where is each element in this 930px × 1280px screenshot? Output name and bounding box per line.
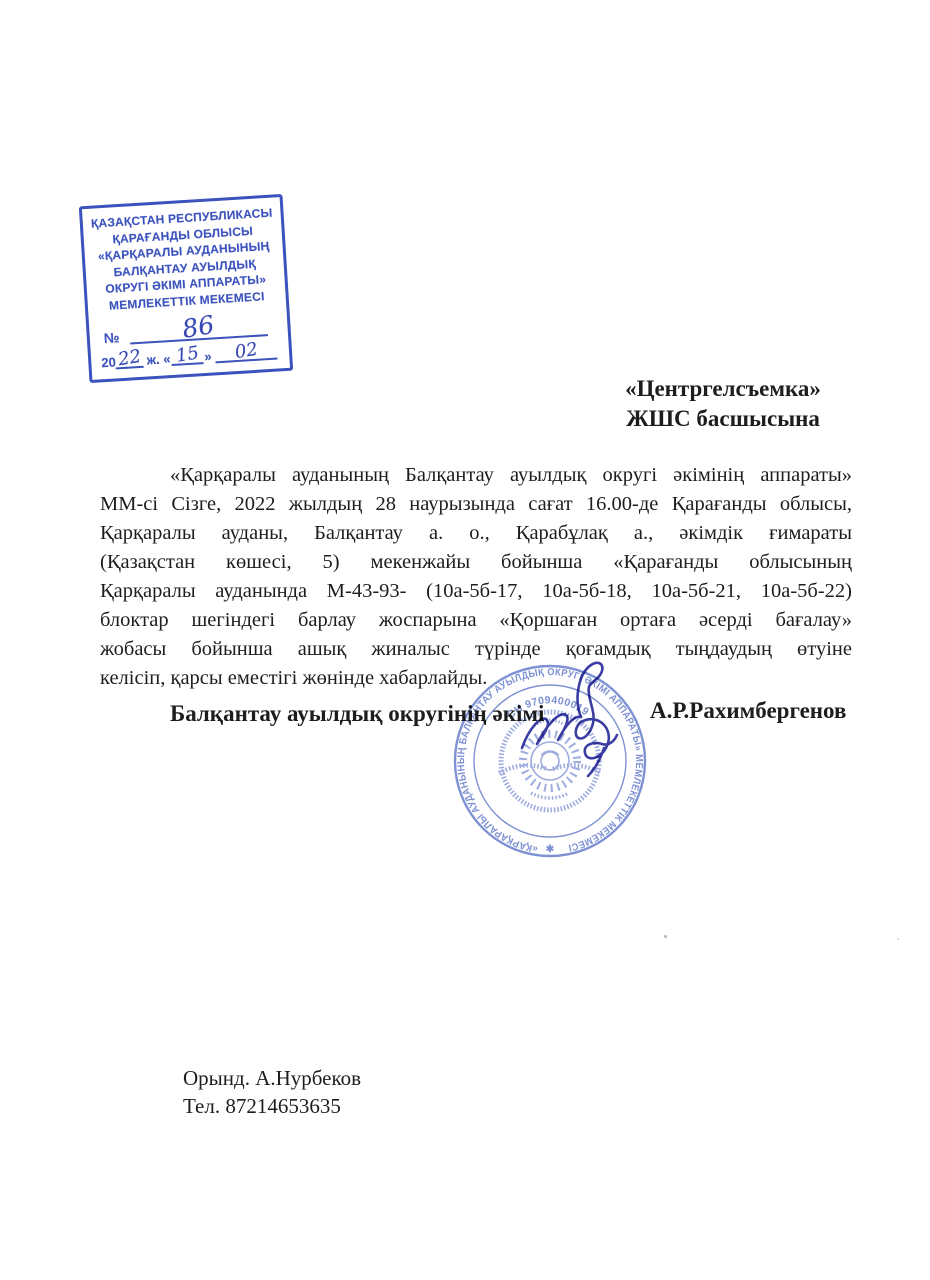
stamp-date-day-fill: 15: [171, 346, 204, 366]
stamp-date-month-fill: 02: [215, 342, 278, 364]
stamp-date-close: »: [204, 349, 212, 364]
body-line: Қарқаралы ауданы, Балқантау а. о., Қараб…: [100, 519, 852, 548]
stamp-number-handwritten: 86: [180, 314, 215, 341]
seal-star: ✱: [546, 844, 555, 855]
scan-speck: [664, 935, 667, 938]
signature-strokes: [522, 663, 617, 776]
stamp-date-prefix: 20: [101, 354, 116, 370]
registration-stamp: ҚАЗАҚСТАН РЕСПУБЛИКАСЫ ҚАРАҒАНДЫ ОБЛЫСЫ …: [79, 194, 293, 383]
stamp-date-year-handwritten: 22: [117, 349, 142, 368]
scanned-letter-page: ҚАЗАҚСТАН РЕСПУБЛИКАСЫ ҚАРАҒАНДЫ ОБЛЫСЫ …: [0, 0, 930, 1280]
letter-body: «Қарқаралы ауданының Балқантау ауылдық о…: [100, 461, 852, 693]
body-line: «Қарқаралы ауданының Балқантау ауылдық о…: [100, 461, 852, 490]
stamp-date-day-handwritten: 15: [175, 345, 200, 364]
body-line: жобасы бойынша ашық жиналыс түрінде қоға…: [100, 635, 852, 664]
recipient-company: «Центргелсъемка»: [608, 374, 838, 404]
footer-contacts: Орынд. А.Нурбеков Тел. 87214653635: [183, 1064, 361, 1120]
stamp-date-year-fill: 22: [115, 350, 144, 370]
recipient-addressee: ЖШС басшысына: [608, 404, 838, 434]
body-line: (Қазақстан көшесі, 5) мекенжайы бойынша …: [100, 548, 852, 577]
body-line: блоктар шегіндегі барлау жоспарына «Қорш…: [100, 606, 852, 635]
handwritten-signature: [516, 656, 656, 786]
signer-name: А.Р.Рахимбергенов: [650, 698, 846, 724]
stamp-date-mid: ж. «: [146, 351, 171, 367]
executor-line: Орынд. А.Нурбеков: [183, 1064, 361, 1092]
stamp-date-row: 2022 ж. «15» 02: [97, 341, 284, 370]
stamp-date-month-handwritten: 02: [234, 342, 259, 361]
stamp-number-label: №: [103, 329, 120, 346]
scan-speck: [897, 938, 899, 940]
body-line: Қарқаралы ауданында М-43-93- (10а-5б-17,…: [100, 577, 852, 606]
phone-line: Тел. 87214653635: [183, 1092, 361, 1120]
recipient-block: «Центргелсъемка» ЖШС басшысына: [608, 374, 838, 434]
body-line: ММ-сі Сізге, 2022 жылдың 28 наурызында с…: [100, 490, 852, 519]
